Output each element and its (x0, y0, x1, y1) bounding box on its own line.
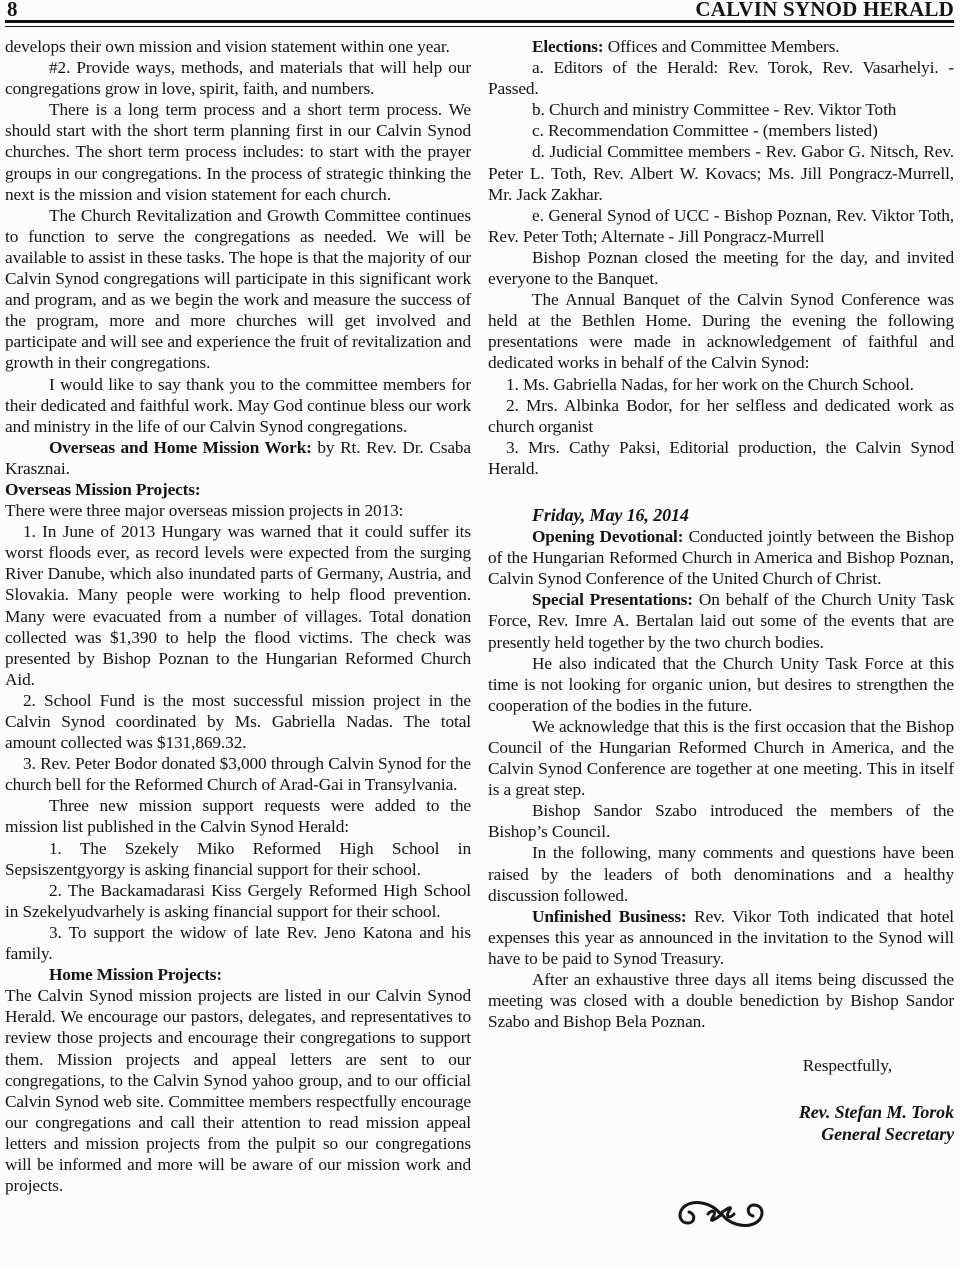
paragraph: He also indicated that the Church Unity … (488, 653, 954, 716)
paragraph-lead: Special Presentations: (532, 590, 693, 609)
left-column-text: develops their own mission and vision st… (5, 36, 471, 1196)
paragraph-text: develops their own mission and vision st… (5, 37, 450, 56)
page-header: 8 CALVIN SYNOD HERALD (5, 0, 954, 19)
paragraph: Home Mission Projects: (5, 964, 471, 985)
paragraph-text: Three new mission support requests were … (5, 796, 471, 836)
paragraph-text: 2. The Backamadarasi Kiss Gergely Reform… (5, 881, 471, 921)
paragraph: Overseas Mission Projects: (5, 479, 471, 500)
paragraph-text: #2. Provide ways, methods, and materials… (5, 58, 471, 98)
paragraph: b. Church and ministry Committee - Rev. … (488, 99, 954, 120)
paragraph: 1. In June of 2013 Hungary was warned th… (5, 521, 471, 690)
paragraph: Opening Devotional: Conducted jointly be… (488, 526, 954, 589)
paragraph-text: c. Recommendation Committee - (members l… (532, 121, 878, 140)
paragraph: e. General Synod of UCC - Bishop Poznan,… (488, 205, 954, 247)
paragraph-text: 3. To support the widow of late Rev. Jen… (5, 923, 471, 963)
paragraph-lead: Overseas and Home Mission Work: (49, 438, 312, 457)
paragraph-text: 3. Mrs. Cathy Paksi, Editorial productio… (488, 438, 954, 478)
paragraph: 1. The Szekely Miko Reformed High School… (5, 838, 471, 880)
paragraph-text: Rev. Stefan M. Torok (799, 1102, 954, 1122)
paragraph-text: 1. Ms. Gabriella Nadas, for her work on … (506, 375, 914, 394)
paragraph: In the following, many comments and ques… (488, 842, 954, 905)
paragraph-text: The Church Revitalization and Growth Com… (5, 206, 471, 373)
paragraph: Respectfully, (488, 1055, 954, 1076)
paragraph: After an exhaustive three days all items… (488, 969, 954, 1032)
paragraph: There is a long term process and a short… (5, 99, 471, 204)
paragraph-text: I would like to say thank you to the com… (5, 375, 471, 436)
paragraph: 1. Ms. Gabriella Nadas, for her work on … (488, 374, 954, 395)
paragraph: develops their own mission and vision st… (5, 36, 471, 57)
paragraph: Bishop Sandor Szabo introduced the membe… (488, 800, 954, 842)
paragraph: Elections: Offices and Committee Members… (488, 36, 954, 57)
paragraph-text: b. Church and ministry Committee - Rev. … (532, 100, 896, 119)
paragraph-text: 3. Rev. Peter Bodor donated $3,000 throu… (5, 754, 471, 794)
paragraph: Three new mission support requests were … (5, 795, 471, 837)
paragraph-text: There were three major overseas mission … (5, 501, 403, 520)
paragraph: There were three major overseas mission … (5, 500, 471, 521)
paragraph: General Secretary (488, 1124, 954, 1145)
paragraph: #2. Provide ways, methods, and materials… (5, 57, 471, 99)
paragraph-text: After an exhaustive three days all items… (488, 970, 954, 1031)
paragraph-text: a. Editors of the Herald: Rev. Torok, Re… (488, 58, 954, 98)
flourish-ornament (488, 1197, 954, 1236)
page-number: 8 (5, 0, 18, 19)
paragraph-text: The Annual Banquet of the Calvin Synod C… (488, 290, 954, 372)
paragraph-lead: Opening Devotional: (532, 527, 683, 546)
paragraph: Rev. Stefan M. Torok (488, 1102, 954, 1123)
paragraph: 2. Mrs. Albinka Bodor, for her selfless … (488, 395, 954, 437)
two-column-body: develops their own mission and vision st… (5, 36, 954, 1236)
paragraph-text: The Calvin Synod mission projects are li… (5, 986, 471, 1195)
paragraph-lead: Unfinished Business: (532, 907, 687, 926)
paragraph-text: He also indicated that the Church Unity … (488, 654, 954, 715)
paragraph: d. Judicial Committee members - Rev. Gab… (488, 141, 954, 204)
paragraph: The Calvin Synod mission projects are li… (5, 985, 471, 1196)
paragraph: I would like to say thank you to the com… (5, 374, 471, 437)
paragraph-text: Respectfully, (803, 1056, 892, 1075)
paragraph-text: 1. In June of 2013 Hungary was warned th… (5, 522, 471, 689)
paragraph-lead: Home Mission Projects: (49, 965, 222, 984)
paragraph: 2. The Backamadarasi Kiss Gergely Reform… (5, 880, 471, 922)
right-column: Elections: Offices and Committee Members… (488, 36, 954, 1236)
paragraph: Unfinished Business: Rev. Vikor Toth ind… (488, 906, 954, 969)
paragraph: 3. Mrs. Cathy Paksi, Editorial productio… (488, 437, 954, 479)
paragraph: The Annual Banquet of the Calvin Synod C… (488, 289, 954, 373)
document-page: 8 CALVIN SYNOD HERALD develops their own… (0, 0, 960, 1269)
paragraph-text: Friday, May 16, 2014 (532, 505, 689, 525)
paragraph: Overseas and Home Mission Work: by Rt. R… (5, 437, 471, 479)
paragraph-text: 2. School Fund is the most successful mi… (5, 691, 471, 752)
paragraph: Friday, May 16, 2014 (488, 505, 954, 526)
paragraph: We acknowledge that this is the first oc… (488, 716, 954, 800)
right-column-text: Elections: Offices and Committee Members… (488, 36, 954, 1145)
paragraph-lead: Overseas Mission Projects: (5, 480, 200, 499)
paragraph-text: General Secretary (821, 1124, 954, 1144)
left-column: develops their own mission and vision st… (5, 36, 471, 1236)
paragraph-text: We acknowledge that this is the first oc… (488, 717, 954, 799)
paragraph: Special Presentations: On behalf of the … (488, 589, 954, 652)
header-rule (5, 20, 954, 27)
paragraph: 3. Rev. Peter Bodor donated $3,000 throu… (5, 753, 471, 795)
paragraph-text: Bishop Sandor Szabo introduced the membe… (488, 801, 954, 841)
paragraph-text: Bishop Poznan closed the meeting for the… (488, 248, 954, 288)
paragraph-text: e. General Synod of UCC - Bishop Poznan,… (488, 206, 954, 246)
paragraph-text: In the following, many comments and ques… (488, 843, 954, 904)
paragraph-text: There is a long term process and a short… (5, 100, 471, 203)
paragraph: c. Recommendation Committee - (members l… (488, 120, 954, 141)
paragraph-lead: Elections: (532, 37, 603, 56)
paragraph-text: Offices and Committee Members. (603, 37, 839, 56)
paragraph: Bishop Poznan closed the meeting for the… (488, 247, 954, 289)
paragraph: 2. School Fund is the most successful mi… (5, 690, 471, 753)
paragraph: 3. To support the widow of late Rev. Jen… (5, 922, 471, 964)
paragraph-text: 2. Mrs. Albinka Bodor, for her selfless … (488, 396, 954, 436)
page-title: CALVIN SYNOD HERALD (695, 0, 954, 19)
paragraph: The Church Revitalization and Growth Com… (5, 205, 471, 374)
paragraph-text: 1. The Szekely Miko Reformed High School… (5, 839, 471, 879)
paragraph: a. Editors of the Herald: Rev. Torok, Re… (488, 57, 954, 99)
paragraph-text: d. Judicial Committee members - Rev. Gab… (488, 142, 954, 203)
